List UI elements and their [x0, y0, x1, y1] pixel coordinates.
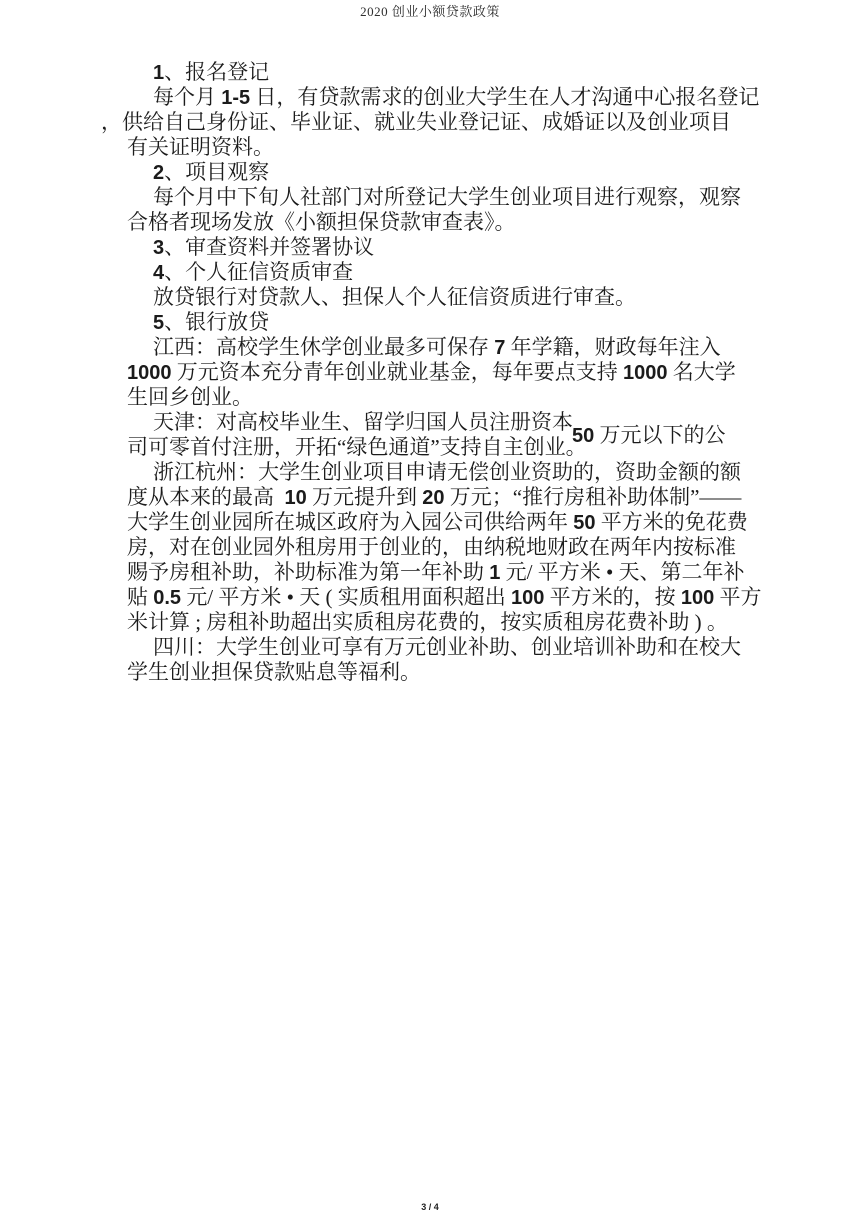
text-line: 天津：对高校毕业生、留学归国人员注册资本50 万元以下的公 — [127, 410, 767, 435]
text-line: ，供给自己身份证、毕业证、就业失业登记证、成婚证以及创业项目 — [101, 110, 767, 135]
numeric-text: 20 — [422, 487, 444, 509]
text-line: 贴 0.5 元/ 平方米 • 天 ( 实质租用面积超出 100 平方米的，按 1… — [127, 585, 767, 610]
text-line: 5、银行放贷 — [127, 310, 767, 335]
numeric-text: 3 — [153, 237, 164, 259]
text-line: 2、项目观察 — [127, 160, 767, 185]
numeric-text: 100 — [681, 587, 714, 609]
numeric-text: 1000 — [623, 362, 668, 384]
text-line: 司可零首付注册，开拓“绿色通道”支持自主创业。 — [127, 435, 767, 460]
numeric-text: 2 — [153, 162, 164, 184]
text-line: 1000 万元资本充分青年创业就业基金，每年要点支持 1000 名大学 — [127, 360, 767, 385]
text-line: 大学生创业园所在城区政府为入园公司供给两年 50 平方米的免花费 — [127, 510, 767, 535]
text-line: 有关证明资料。 — [127, 135, 767, 160]
text-line: 合格者现场发放《小额担保贷款审查表》。 — [127, 210, 767, 235]
numeric-text: 1-5 — [221, 87, 250, 109]
text-line: 生回乡创业。 — [127, 385, 767, 410]
numeric-text: 1 — [153, 62, 164, 84]
text-line: 学生创业担保贷款贴息等福利。 — [127, 660, 767, 685]
text-line: 度从本来的最高 10 万元提升到 20 万元；“推行房租补助体制”—— — [127, 485, 767, 510]
numeric-text: 5 — [153, 312, 164, 334]
numeric-text: 10 — [285, 487, 307, 509]
text-line: 4、个人征信资质审查 — [127, 260, 767, 285]
text-line: 浙江杭州：大学生创业项目申请无偿创业资助的，资助金额的额 — [127, 460, 767, 485]
text-line: 每个月 1-5 日，有贷款需求的创业大学生在人才沟通中心报名登记 — [127, 85, 767, 110]
text-line: 每个月中下旬人社部门对所登记大学生创业项目进行观察，观察 — [127, 185, 767, 210]
document-body: 1、报名登记每个月 1-5 日，有贷款需求的创业大学生在人才沟通中心报名登记，供… — [127, 60, 767, 685]
numeric-text: 4 — [153, 262, 164, 284]
text-line: 1、报名登记 — [127, 60, 767, 85]
text-line: 江西：高校学生休学创业最多可保存 7 年学籍，财政每年注入 — [127, 335, 767, 360]
text-line: 3、审查资料并签署协议 — [127, 235, 767, 260]
page-number: 3 / 4 — [0, 1202, 860, 1212]
numeric-text: 50 — [573, 512, 595, 534]
document-page: 2020 创业小额贷款政策 1、报名登记每个月 1-5 日，有贷款需求的创业大学… — [0, 0, 860, 1218]
page-title: 2020 创业小额贷款政策 — [0, 4, 860, 19]
text-line: 四川：大学生创业可享有万元创业补助、创业培训补助和在校大 — [127, 635, 767, 660]
numeric-text: 1 — [489, 562, 500, 584]
numeric-text: 0.5 — [153, 587, 181, 609]
numeric-text: 1000 — [127, 362, 172, 384]
numeric-text: 100 — [511, 587, 544, 609]
text-line: 米计算 ; 房租补助超出实质租房花费的，按实质租房花费补助 ) 。 — [127, 610, 767, 635]
text-line: 赐予房租补助，补助标准为第一年补助 1 元/ 平方米 • 天、第二年补 — [127, 560, 767, 585]
text-line: 放贷银行对贷款人、担保人个人征信资质进行审查。 — [127, 285, 767, 310]
numeric-text: 7 — [494, 337, 505, 359]
text-line: 房，对在创业园外租房用于创业的，由纳税地财政在两年内按标准 — [127, 535, 767, 560]
